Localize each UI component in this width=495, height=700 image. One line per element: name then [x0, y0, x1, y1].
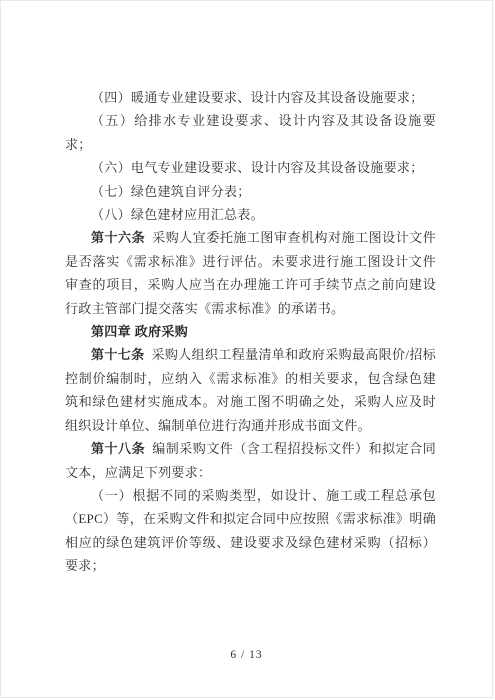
- document-page: （四）暖通专业建设要求、设计内容及其设备设施要求； （五）给排水专业建设要求、设…: [0, 0, 493, 698]
- list-item-4: （四）暖通专业建设要求、设计内容及其设备设施要求；: [65, 86, 436, 109]
- page-number: 6 / 13: [1, 649, 492, 661]
- sub-item-1: （一）根据不同的采购类型，如设计、施工或工程总承包（EPC）等，在采购文件和拟定…: [65, 484, 436, 578]
- article-18-term: 第十八条: [91, 441, 145, 456]
- list-item-7: （七）绿色建筑自评分表；: [65, 180, 436, 203]
- article-16-term: 第十六条: [91, 230, 145, 245]
- list-item-8: （八）绿色建材应用汇总表。: [65, 203, 436, 226]
- document-body: （四）暖通专业建设要求、设计内容及其设备设施要求； （五）给排水专业建设要求、设…: [65, 86, 436, 578]
- list-item-6: （六）电气专业建设要求、设计内容及其设备设施要求；: [65, 156, 436, 179]
- article-17-paragraph: 第十七条采购人组织工程量清单和政府采购最高限价/招标控制价编制时，应纳入《需求标…: [65, 343, 436, 437]
- list-item-5: （五）给排水专业建设要求、设计内容及其设备设施要求；: [65, 109, 436, 156]
- article-17-term: 第十七条: [91, 347, 144, 362]
- article-16-paragraph: 第十六条采购人宜委托施工图审查机构对施工图设计文件是否落实《需求标准》进行评估。…: [65, 226, 436, 320]
- article-18-paragraph: 第十八条编制采购文件（含工程招投标文件）和拟定合同文本，应满足下列要求：: [65, 437, 436, 484]
- chapter-heading: 第四章 政府采购: [65, 320, 436, 343]
